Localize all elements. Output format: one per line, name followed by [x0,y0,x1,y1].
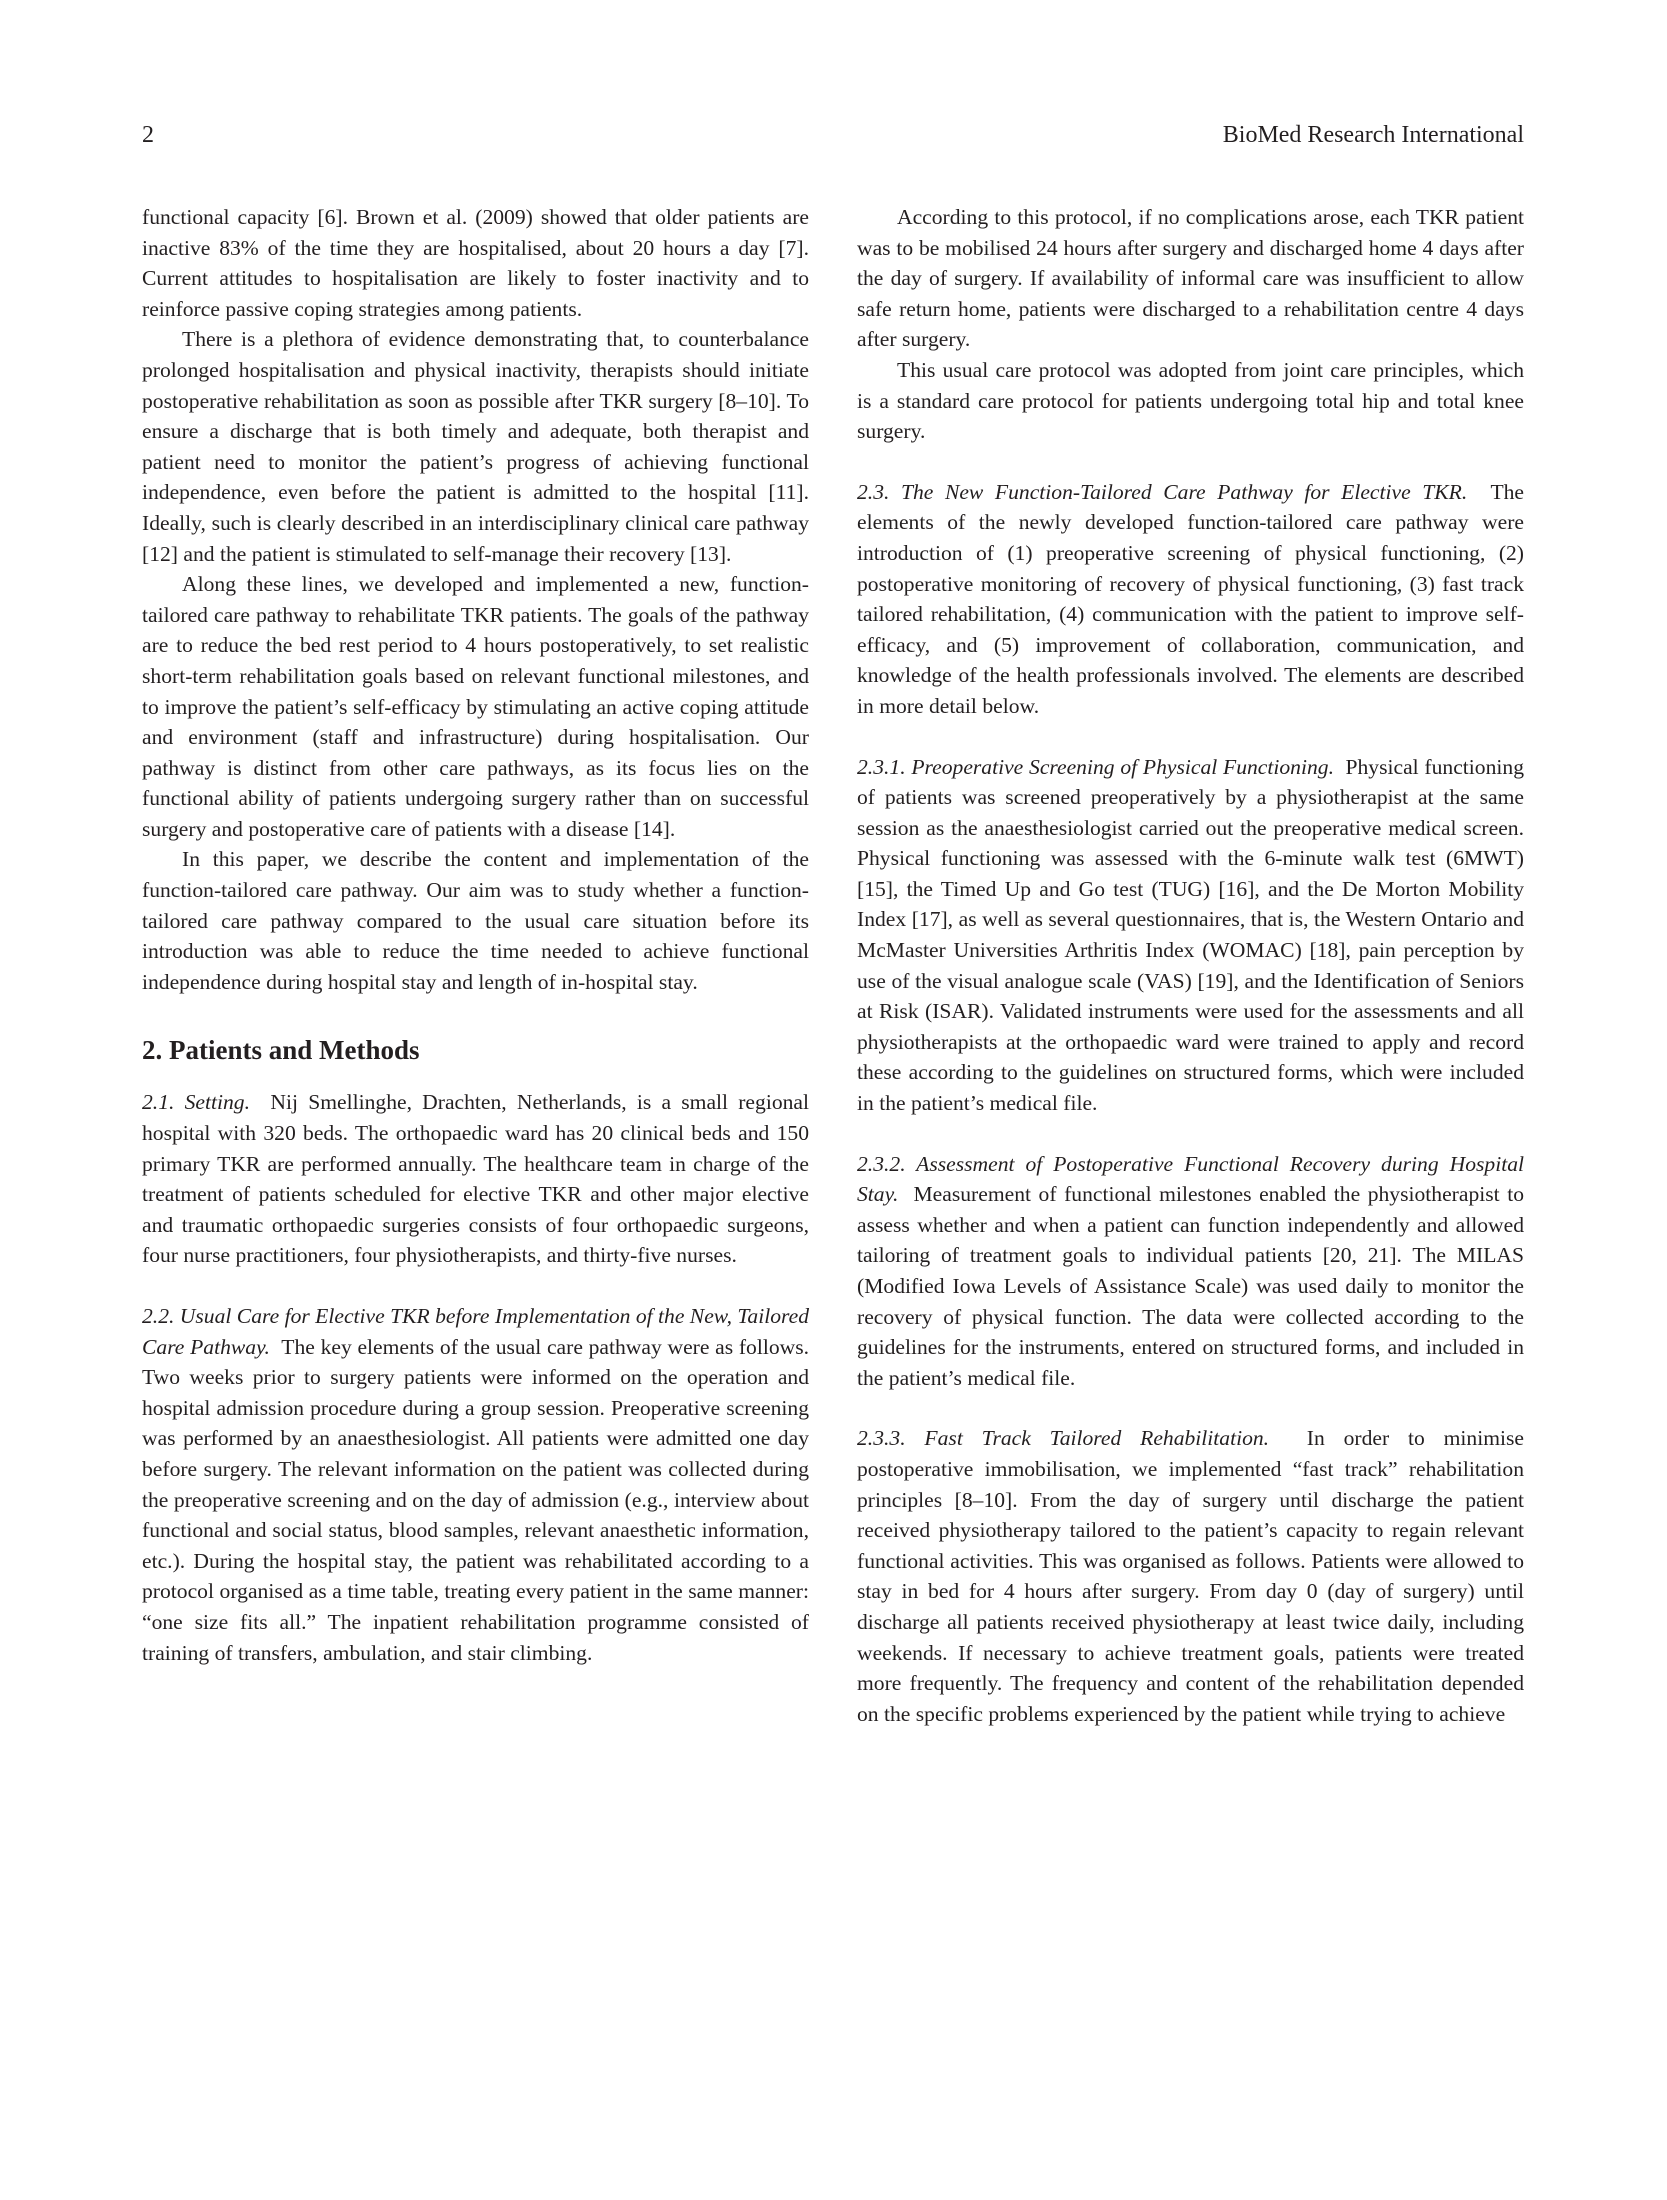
subsection-new-pathway: 2.3. The New Function-Tailored Care Path… [857,477,1524,722]
subsection-body-usual-care: The key elements of the usual care pathw… [142,1335,809,1665]
section-heading-patients-methods: 2. Patients and Methods [142,1033,809,1067]
paragraph-joint-care: This usual care protocol was adopted fro… [857,355,1524,447]
subsection-title-fast-track: 2.3.3. Fast Track Tailored Rehabilitatio… [857,1426,1269,1450]
paragraph-protocol: According to this protocol, if no compli… [857,202,1524,355]
subsection-fast-track: 2.3.3. Fast Track Tailored Rehabilitatio… [857,1423,1524,1729]
left-column: functional capacity [6]. Brown et al. (2… [142,202,809,1668]
subsection-body-new-pathway: The elements of the newly developed func… [857,480,1524,718]
subsection-title-setting: 2.1. Setting. [142,1090,250,1114]
paragraph-aim: In this paper, we describe the content a… [142,844,809,997]
subsection-body-fast-track: In order to minimise postoperative immob… [857,1426,1524,1725]
journal-name: BioMed Research International [1223,118,1524,152]
subsection-postoperative-assessment: 2.3.2. Assessment of Postoperative Funct… [857,1149,1524,1394]
subsection-body-setting: Nij Smellinghe, Drachten, Netherlands, i… [142,1090,809,1267]
running-header: 2 BioMed Research International [142,118,1524,152]
subsection-title-preoperative-screening: 2.3.1. Preoperative Screening of Physica… [857,755,1334,779]
page-number: 2 [142,118,154,152]
paragraph-pathway-goals: Along these lines, we developed and impl… [142,569,809,844]
subsection-body-postoperative-assessment: Measurement of functional milestones ena… [857,1182,1524,1390]
right-column: According to this protocol, if no compli… [857,202,1524,1729]
paragraph-intro-continued: functional capacity [6]. Brown et al. (2… [142,202,809,324]
subsection-setting: 2.1. Setting. Nij Smellinghe, Drachten, … [142,1087,809,1271]
subsection-body-preoperative-screening: Physical functioning of patients was scr… [857,755,1524,1116]
paragraph-evidence: There is a plethora of evidence demonstr… [142,324,809,569]
subsection-title-new-pathway: 2.3. The New Function-Tailored Care Path… [857,480,1467,504]
subsection-preoperative-screening: 2.3.1. Preoperative Screening of Physica… [857,752,1524,1119]
subsection-usual-care: 2.2. Usual Care for Elective TKR before … [142,1301,809,1668]
